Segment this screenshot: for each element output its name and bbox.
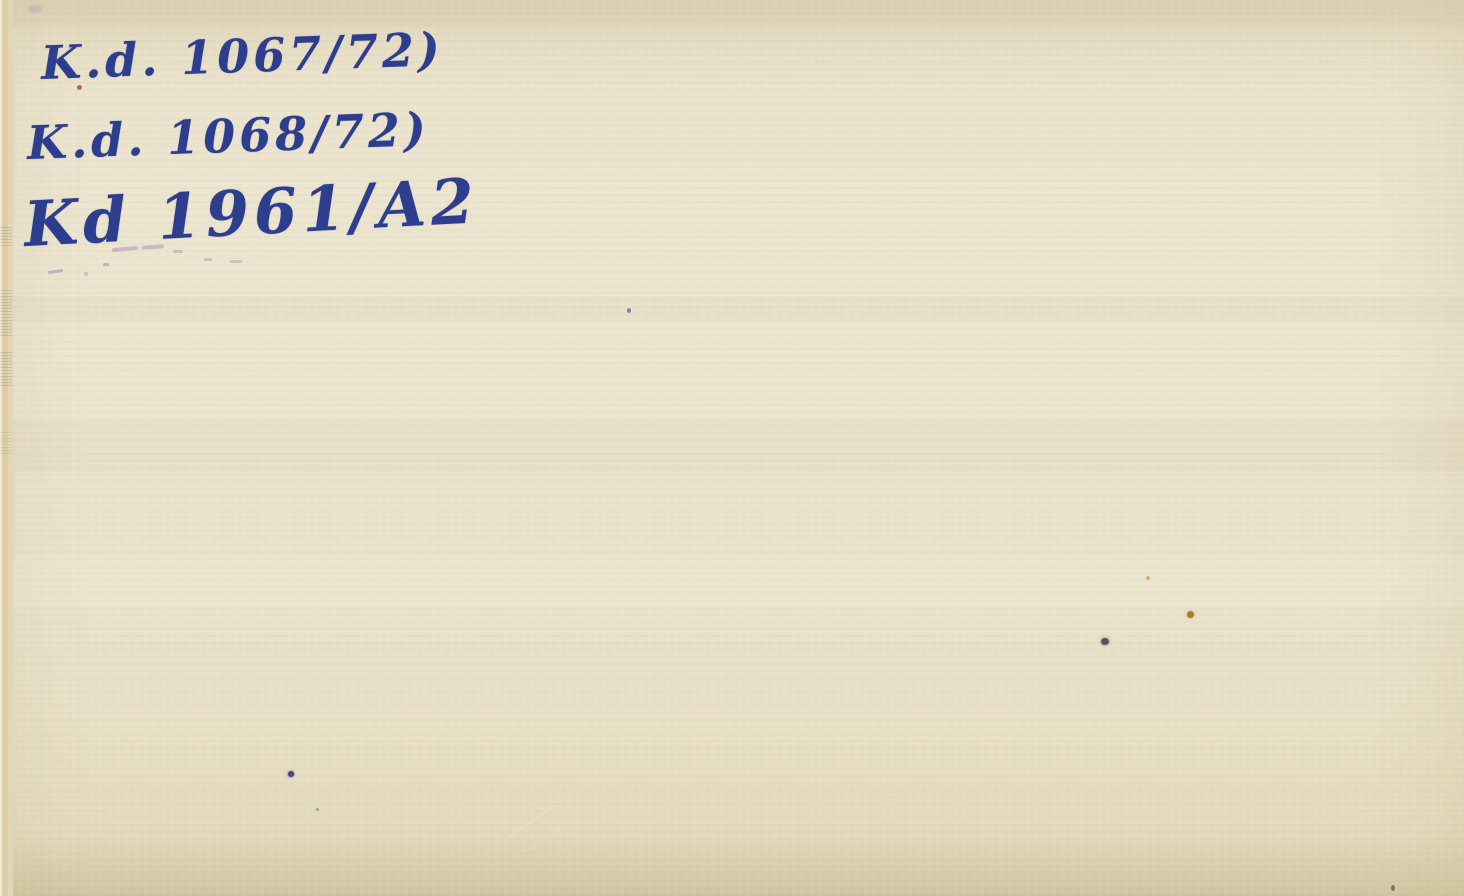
edge-texture-patch [0,288,12,336]
handwritten-inventory-number-3: Kd 1961/A2 [22,164,480,261]
ink-speck [316,808,319,811]
ink-speck [1101,638,1109,645]
foxing-speck [1187,611,1194,618]
stamp-residue-mark [230,260,242,263]
paper-texture-band [0,556,1464,608]
edge-texture-patch [0,350,12,386]
stamp-residue-mark [103,263,109,266]
stamp-residue-mark [48,269,63,274]
ink-speck [1391,885,1395,891]
ink-speck [288,771,294,777]
handwritten-inventory-number-1: K.d. 1067/72) [40,22,444,90]
edge-texture-patch [0,226,12,246]
ink-smudge [28,5,42,13]
paper-texture-band [0,838,1464,896]
stamp-residue-mark [204,258,212,261]
card-left-edge [0,0,14,896]
paper-texture-band [0,296,1464,322]
handwritten-inventory-number-2: K.d. 1068/72) [26,102,430,170]
ink-speck [627,308,631,313]
stamp-residue-mark [84,272,88,276]
paper-scratch [524,824,564,852]
paper-texture-band [0,420,1464,472]
edge-texture-patch [0,430,12,454]
foxing-speck [1146,576,1150,580]
paper-scratch [505,805,555,840]
index-card-scan: K.d. 1067/72) K.d. 1068/72) Kd 1961/A2 [0,0,1464,896]
paper-texture-band [0,0,1464,26]
